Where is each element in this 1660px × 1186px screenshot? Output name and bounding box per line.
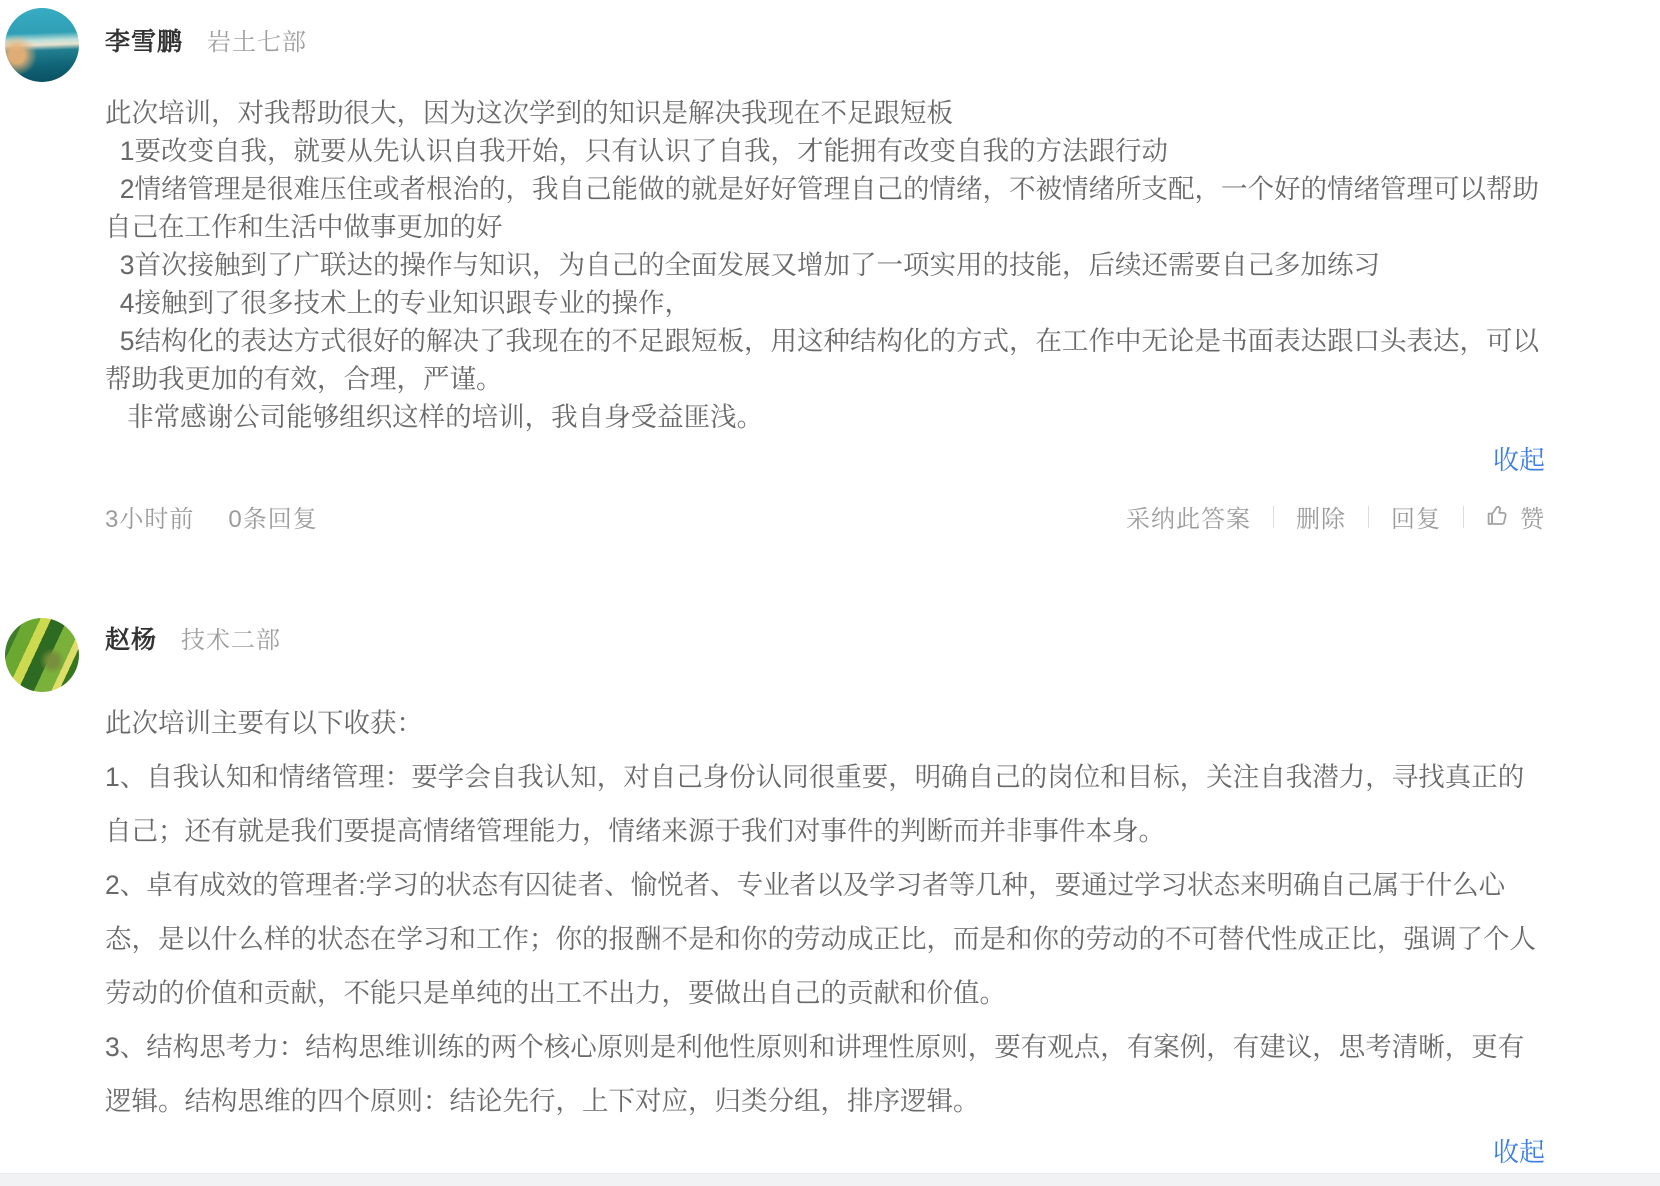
delete-button[interactable]: 删除 [1296, 499, 1346, 534]
reply-count[interactable]: 0条回复 [228, 499, 317, 534]
like-label: 赞 [1520, 499, 1545, 534]
reply-button[interactable]: 回复 [1391, 499, 1441, 534]
section-divider [0, 1173, 1660, 1186]
comment-meta-row: 3小时前 0条回复 采纳此答案 删除 回复 赞 [105, 499, 1545, 534]
author-name[interactable]: 赵杨 [105, 620, 157, 656]
comment-item: 赵杨 技术二部 此次培训主要有以下收获： 1、自我认知和情绪管理：要学会自我认知… [0, 610, 1660, 1169]
collapse-link[interactable]: 收起 [1493, 1137, 1545, 1167]
timestamp: 3小时前 [105, 499, 194, 534]
comment-header: 李雪鹏 岩土七部 [105, 22, 1660, 58]
avatar[interactable] [5, 8, 79, 82]
comment-item: 李雪鹏 岩土七部 此次培训，对我帮助很大，因为这次学到的知识是解决我现在不足跟短… [0, 0, 1660, 534]
thumbs-up-icon [1486, 503, 1511, 528]
divider [1273, 506, 1274, 528]
collapse-row: 收起 [105, 440, 1545, 477]
author-department: 技术二部 [181, 620, 281, 655]
action-bar: 采纳此答案 删除 回复 赞 [1126, 499, 1545, 534]
like-button[interactable]: 赞 [1486, 499, 1545, 534]
author-department: 岩土七部 [207, 22, 307, 57]
divider [1463, 506, 1464, 528]
comment-body: 此次培训，对我帮助很大，因为这次学到的知识是解决我现在不足跟短板 1要改变自我，… [105, 94, 1545, 436]
author-name[interactable]: 李雪鹏 [105, 22, 183, 58]
comment-header: 赵杨 技术二部 [105, 620, 1660, 656]
divider [1368, 506, 1369, 528]
comment-body: 此次培训主要有以下收获： 1、自我认知和情绪管理：要学会自我认知，对自己身份认同… [105, 696, 1545, 1128]
accept-answer-button[interactable]: 采纳此答案 [1126, 499, 1251, 534]
collapse-row: 收起 [105, 1132, 1545, 1169]
collapse-link[interactable]: 收起 [1493, 445, 1545, 475]
avatar[interactable] [5, 618, 79, 692]
